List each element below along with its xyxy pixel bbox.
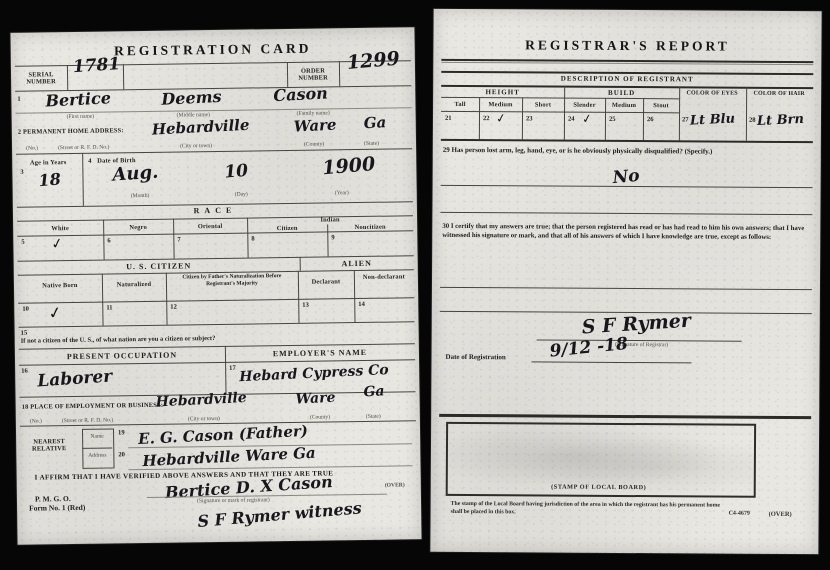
- relative-address-number: 20: [118, 451, 125, 458]
- race-citizen-number: 8: [251, 235, 254, 242]
- line15-question: If not a citizen of the U. S., of what n…: [21, 335, 216, 345]
- registrant-signature-caption: (Signature or mark of registrant): [197, 497, 270, 504]
- dob-caption-day: (Day): [235, 192, 248, 198]
- pmgo-label: P. M. G. O.: [35, 494, 71, 503]
- employer-header: EMPLOYER'S NAME: [225, 347, 415, 359]
- left-over-label: (OVER): [385, 482, 405, 488]
- height-medium-checkmark: ✓: [495, 110, 507, 125]
- home-address-state: Ga: [363, 113, 386, 132]
- employment-caption-street: (Street or R. F. D. No.): [62, 417, 113, 424]
- relative-name-number: 19: [118, 429, 125, 436]
- race-white-label: White: [17, 225, 103, 233]
- dob-month-value: Aug.: [112, 162, 159, 186]
- citizen-by-father-number: 12: [170, 304, 177, 311]
- home-address-label: 2 PERMANENT HOME ADDRESS:: [18, 127, 124, 135]
- citizen-by-father-label: Citizen by Father's Naturalization Befor…: [168, 273, 296, 288]
- first-name-caption: (First name): [67, 114, 95, 120]
- non-declarant-number: 14: [358, 301, 365, 308]
- question-30-text: 30 I certify that my answers are true; t…: [442, 222, 806, 243]
- eyes-number: 27: [682, 116, 689, 123]
- stamp-note: The stamp of the Local Board having juri…: [451, 501, 721, 518]
- tall-number: 21: [445, 115, 452, 122]
- slender-checkmark: ✓: [581, 111, 593, 126]
- height-header: HEIGHT: [441, 88, 564, 97]
- right-over-label: (OVER): [769, 511, 792, 518]
- employment-caption-state: (State): [366, 414, 381, 420]
- question-29-answer: No: [612, 166, 640, 188]
- slender-number: 24: [568, 116, 575, 123]
- dob-caption-year: (Year): [335, 190, 349, 196]
- occupation-value: Laborer: [37, 367, 113, 392]
- registration-card: REGISTRATION CARD SERIAL NUMBER 1781 ORD…: [10, 27, 421, 545]
- height-medium-number: 22: [483, 115, 490, 122]
- dob-year-value: 1900: [322, 153, 377, 179]
- occupation-header: PRESENT OCCUPATION: [19, 350, 225, 362]
- declarant-number: 13: [302, 302, 309, 309]
- home-address-county: Ware: [293, 116, 337, 136]
- stout-number: 26: [647, 116, 654, 123]
- address-caption-city: (City or town): [180, 143, 212, 149]
- registrars-report-card: REGISTRAR'S REPORT DESCRIPTION OF REGIST…: [430, 9, 821, 554]
- description-header: DESCRIPTION OF REGISTRANT: [433, 74, 821, 84]
- serial-number-value: 1781: [72, 54, 121, 77]
- employer-value: Hebard Cypress Co: [239, 362, 389, 385]
- native-born-checkmark: ✓: [47, 302, 64, 323]
- employment-caption-city: (City or town): [188, 416, 220, 422]
- naturalized-label: Naturalized: [102, 281, 166, 289]
- hair-header: COLOR OF HAIR: [748, 91, 810, 99]
- build-medium-number: 25: [609, 116, 616, 123]
- race-noncitizen-number: 9: [331, 234, 334, 241]
- race-white-number: 5: [21, 239, 24, 246]
- employment-county: Ware: [295, 390, 336, 408]
- form-code: C4-4679: [729, 511, 750, 517]
- age-value: 18: [38, 169, 62, 190]
- relative-name-box-label: Name: [82, 433, 112, 439]
- declarant-label: Declarant: [298, 278, 354, 286]
- form-number-label: Form No. 1 (Red): [29, 503, 85, 513]
- registrars-report-title: REGISTRAR'S REPORT: [433, 37, 821, 55]
- alien-header: ALIEN: [300, 258, 414, 269]
- registration-date-label: Date of Registration: [446, 353, 506, 361]
- occupation-number: 16: [21, 368, 28, 375]
- family-name-value: Cason: [273, 83, 328, 105]
- employer-number: 17: [229, 365, 236, 372]
- address-caption-no: (No.): [26, 145, 38, 151]
- race-white-checkmark: ✓: [50, 235, 65, 253]
- order-number-label: ORDER NUMBER: [289, 63, 337, 85]
- dob-caption-month: (Month): [131, 193, 150, 199]
- scanned-document-page: REGISTRATION CARD SERIAL NUMBER 1781 ORD…: [0, 0, 830, 570]
- native-born-label: Native Born: [18, 282, 102, 290]
- serial-number-label: SERIAL NUMBER: [17, 67, 65, 89]
- height-medium-label: Medium: [479, 101, 522, 108]
- employment-city: Hebardville: [155, 390, 247, 410]
- race-negro-number: 6: [107, 237, 110, 244]
- order-number-value: 1299: [346, 48, 401, 74]
- relative-address-box-label: Address: [82, 452, 112, 458]
- name-line-number: 1: [17, 96, 20, 103]
- age-line-number: 3: [20, 169, 23, 176]
- registration-date-value: 9/12 -18: [549, 334, 629, 362]
- stout-label: Stout: [643, 102, 679, 109]
- race-indian-noncitizen-label: Noncitizen: [327, 223, 413, 231]
- short-label: Short: [522, 101, 564, 108]
- race-negro-label: Negro: [103, 224, 173, 232]
- eyes-header: COLOR OF EYES: [681, 90, 743, 98]
- age-label: Age in Years: [18, 157, 78, 168]
- build-medium-label: Medium: [605, 102, 643, 109]
- employment-caption-no: (No.): [30, 418, 42, 424]
- home-address-city: Hebardville: [151, 116, 249, 139]
- question-29-text: 29 Has person lost arm, leg, hand, eye, …: [443, 146, 805, 158]
- employment-state: Ga: [363, 383, 385, 400]
- race-oriental-label: Oriental: [173, 223, 247, 231]
- middle-name-value: Deems: [161, 87, 222, 109]
- first-name-value: Bertice: [45, 88, 111, 110]
- line15-number: 15: [21, 330, 28, 337]
- employment-caption-county: (County): [310, 414, 330, 420]
- registrar-signature: S F Rymer: [581, 310, 691, 339]
- nearest-relative-label: NEAREST RELATIVE: [22, 438, 76, 453]
- non-declarant-label: Non-declarant: [356, 273, 412, 281]
- race-indian-citizen-label: Citizen: [247, 224, 327, 232]
- hair-value: Lt Brn: [757, 112, 805, 129]
- naturalized-number: 11: [106, 304, 112, 311]
- employment-label: 18 PLACE OF EMPLOYMENT OR BUSINESS:: [22, 402, 163, 411]
- address-caption-street: (Street or R. F. D. No.): [58, 144, 109, 151]
- race-oriental-number: 7: [177, 236, 180, 243]
- native-born-number: 10: [22, 306, 29, 313]
- address-caption-county: (County): [304, 141, 324, 147]
- build-header: BUILD: [564, 89, 679, 98]
- address-caption-state: (State): [364, 141, 379, 147]
- dob-day-value: 10: [224, 161, 249, 183]
- hair-number: 28: [749, 117, 756, 124]
- dob-line-number: 4: [88, 158, 91, 165]
- short-number: 23: [526, 115, 533, 122]
- slender-label: Slender: [564, 102, 605, 109]
- eyes-value: Lt Blu: [690, 111, 736, 128]
- tall-label: Tall: [441, 101, 479, 108]
